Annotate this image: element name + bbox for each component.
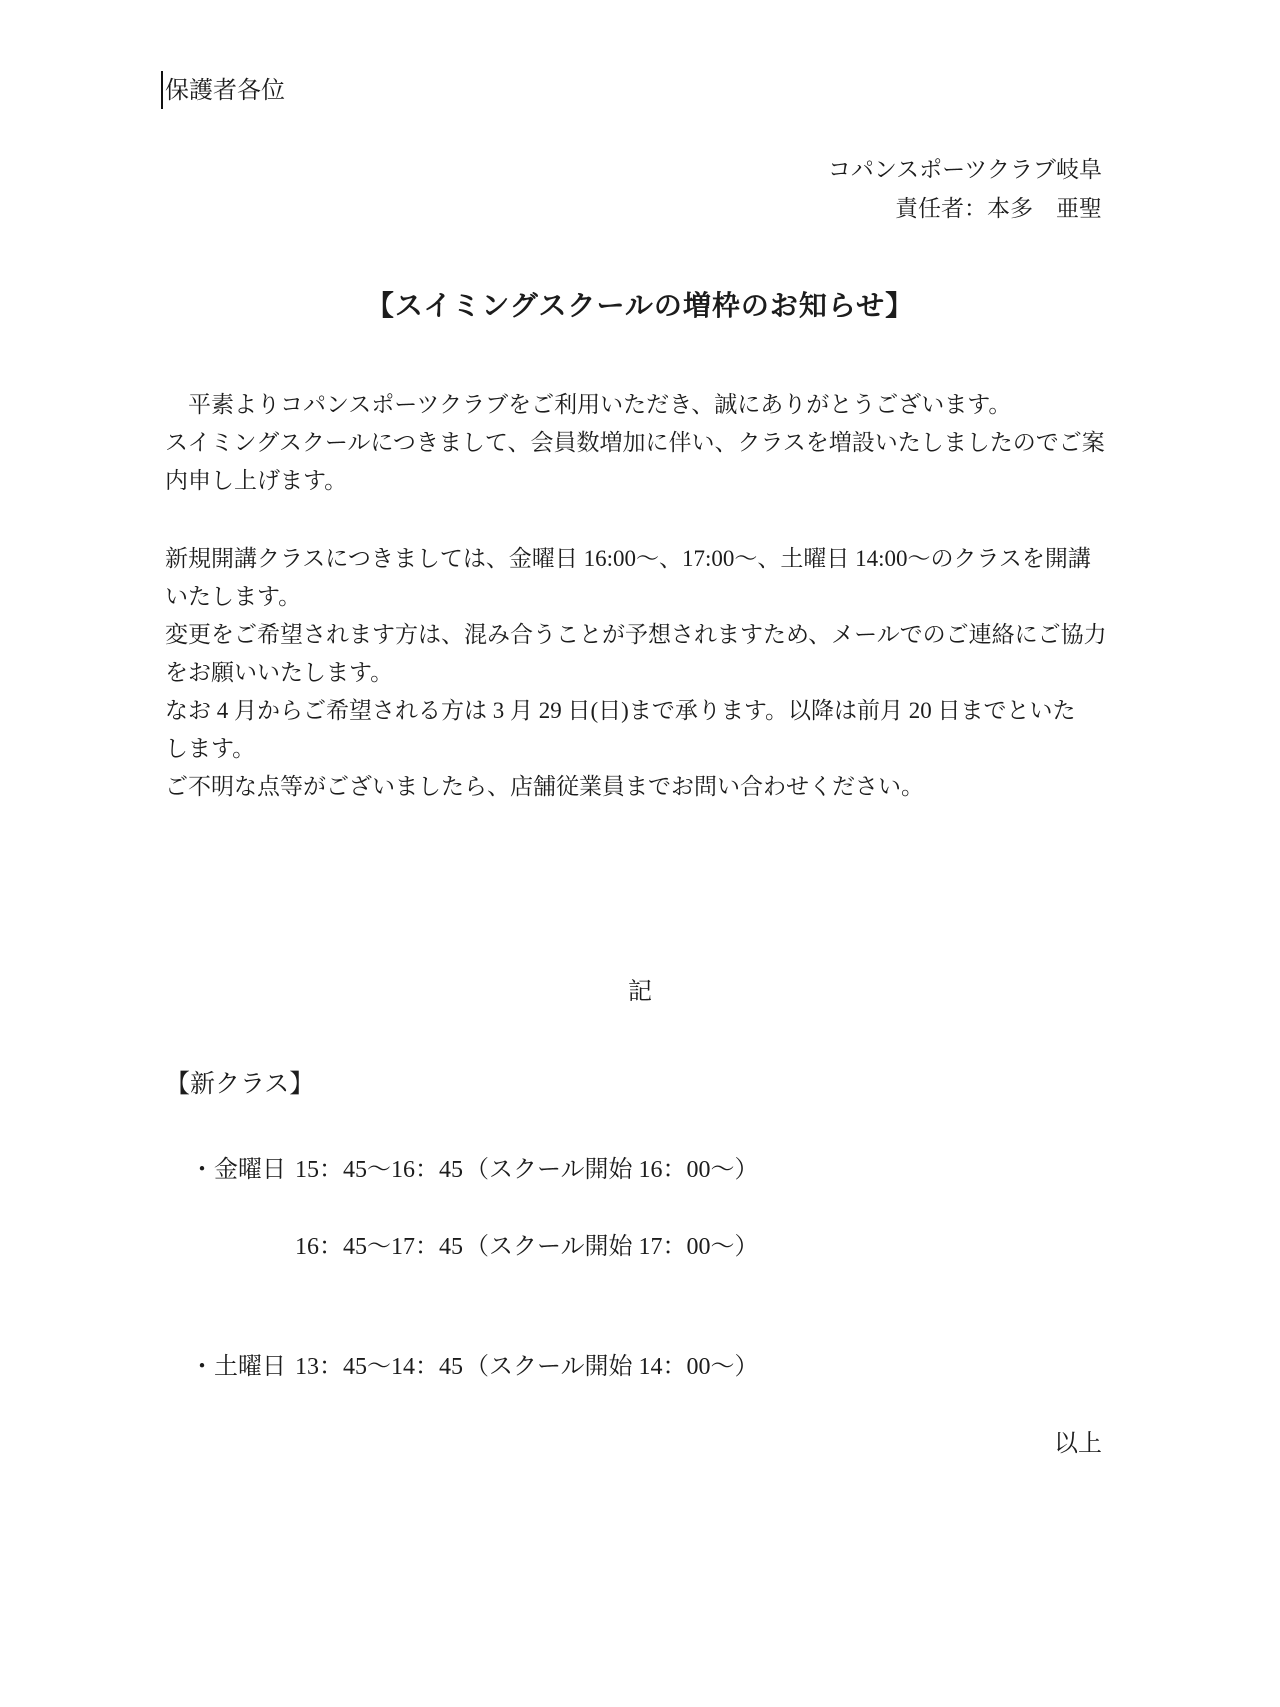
schedule-note: （スクール開始 17：00〜）	[465, 1226, 759, 1261]
text-line: をお願いいたします。	[165, 654, 1117, 692]
schedule-time: 15：45〜16：45	[295, 1149, 465, 1184]
text-cursor	[161, 71, 163, 109]
schedule-day	[190, 1226, 295, 1261]
schedule-time: 16：45〜17：45	[295, 1226, 465, 1261]
detail-paragraph: 新規開講クラスにつきましては、金曜日 16:00〜、17:00〜、土曜日 14:…	[165, 540, 1117, 806]
schedule-note: （スクール開始 16：00〜）	[465, 1149, 759, 1184]
text-line: 変更をご希望されます方は、混み合うことが予想されますため、メールでのご連絡にご協…	[165, 616, 1117, 654]
text-line: します。	[165, 730, 1117, 768]
closing-marker: 以上	[1054, 1423, 1102, 1458]
schedule-row-friday-1: ・金曜日 15：45〜16：45 （スクール開始 16：00〜）	[190, 1149, 759, 1184]
text-line: ご不明な点等がございましたら、店舗従業員までお問い合わせください。	[165, 768, 1117, 806]
schedule-day: ・金曜日	[190, 1149, 295, 1184]
text-line: 新規開講クラスにつきましては、金曜日 16:00〜、17:00〜、土曜日 14:…	[165, 540, 1117, 578]
recipient-text: 保護者各位	[165, 78, 285, 104]
schedule-day: ・土曜日	[190, 1346, 295, 1381]
text-line: 内申し上げます。	[165, 462, 1117, 500]
recipient-line: 保護者各位	[165, 74, 285, 108]
document-page[interactable]: 保護者各位 コパンスポーツクラブ岐阜 責任者：本多 亜聖 【スイミングスクールの…	[0, 0, 1280, 1707]
text-line: いたします。	[165, 578, 1117, 616]
record-marker: 記	[0, 971, 1280, 1006]
greeting-paragraph: 平素よりコパンスポーツクラブをご利用いただき、誠にありがとうございます。 スイミ…	[165, 386, 1117, 500]
schedule-time: 13：45〜14：45	[295, 1346, 465, 1381]
document-title: 【スイミングスクールの増枠のお知らせ】	[0, 284, 1280, 324]
text-line: なお 4 月からご希望される方は 3 月 29 日(日)まで承ります。以降は前月…	[165, 692, 1117, 730]
schedule-row-friday-2: 16：45〜17：45 （スクール開始 17：00〜）	[190, 1226, 759, 1261]
sender-responsible-person: 責任者：本多 亜聖	[828, 189, 1102, 228]
text-line: 平素よりコパンスポーツクラブをご利用いただき、誠にありがとうございます。	[165, 386, 1117, 424]
sender-block: コパンスポーツクラブ岐阜 責任者：本多 亜聖	[828, 150, 1102, 228]
text-line: スイミングスクールにつきまして、会員数増加に伴い、クラスを増設いたしましたのでご…	[165, 424, 1117, 462]
new-class-heading: 【新クラス】	[165, 1064, 314, 1100]
schedule-note: （スクール開始 14：00〜）	[465, 1346, 759, 1381]
schedule-row-saturday: ・土曜日 13：45〜14：45 （スクール開始 14：00〜）	[190, 1346, 759, 1381]
sender-organization: コパンスポーツクラブ岐阜	[828, 150, 1102, 189]
